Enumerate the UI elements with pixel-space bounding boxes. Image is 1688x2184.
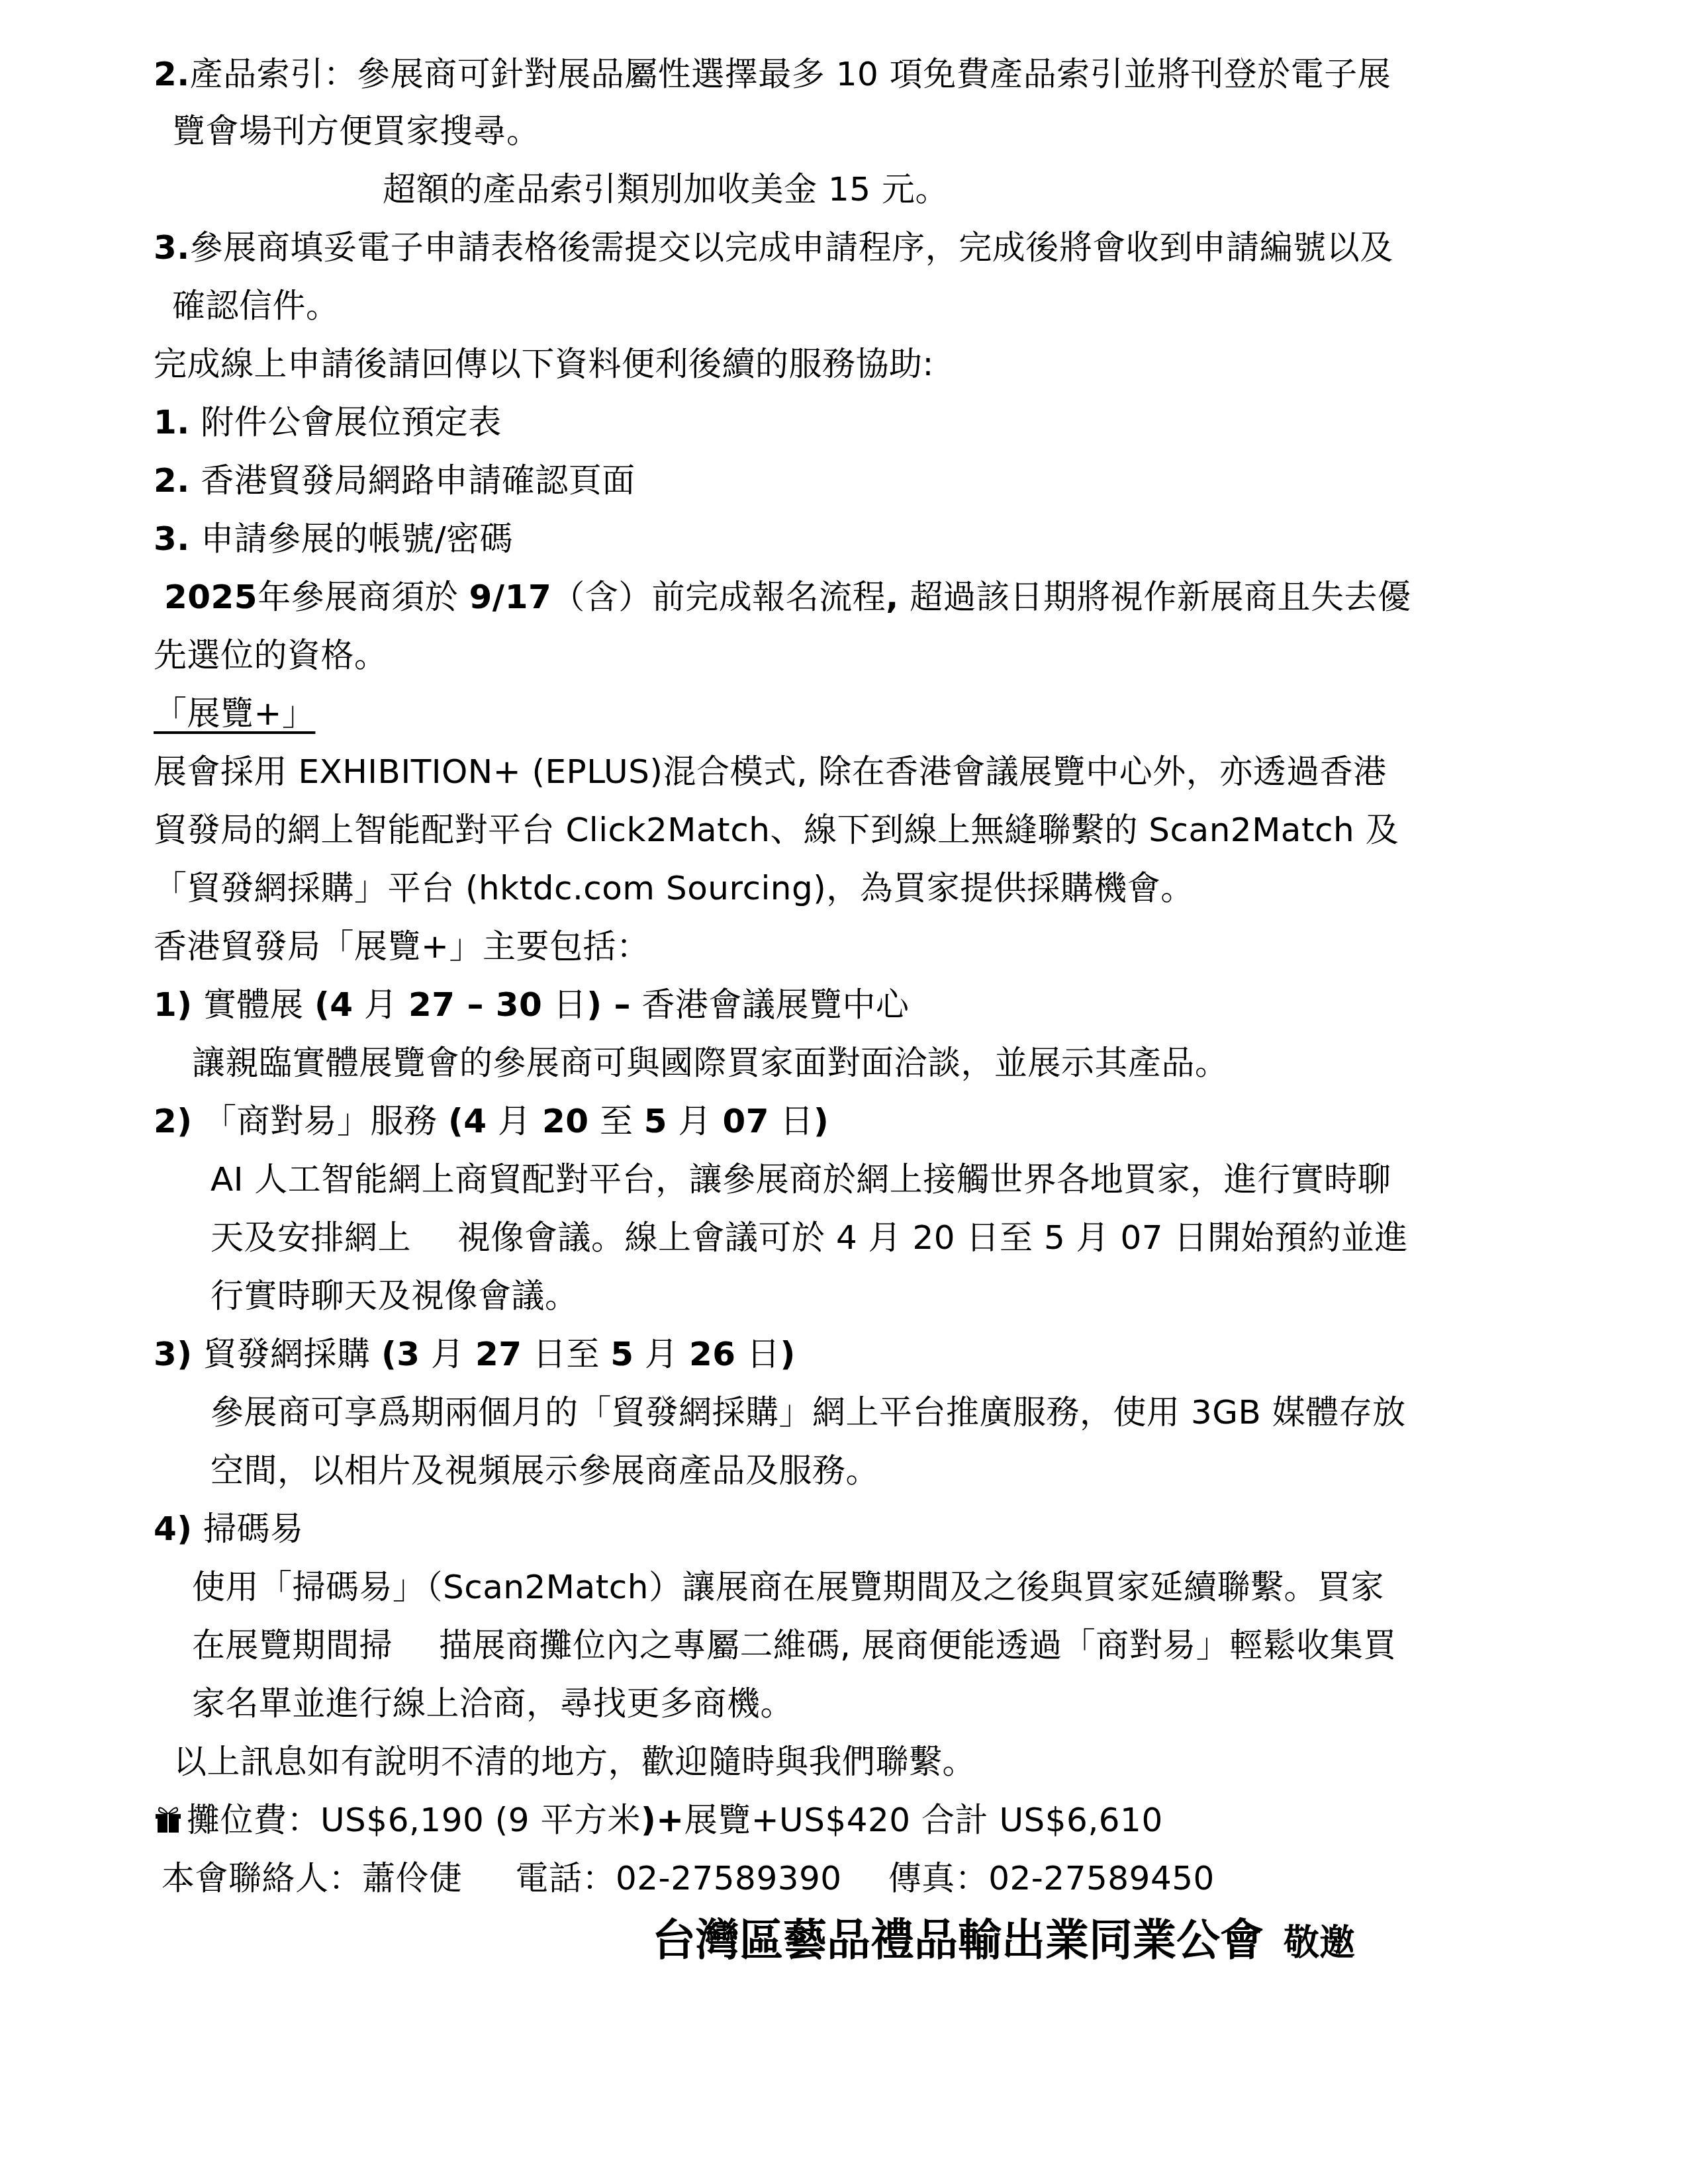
service-3-title: 3) 貿發網採購 (3 月 27 日至 5 月 26 日) (154, 1334, 796, 1374)
deadline-year: 2025 (164, 578, 258, 616)
deadline-date: 9/17 (469, 578, 552, 616)
contact-line: 本會聯絡人：蕭伶倢電話：02-27589390傳真：02-27589450 (162, 1858, 1215, 1898)
contact-person: 本會聯絡人：蕭伶倢 (162, 1859, 463, 1897)
gift-icon (154, 1803, 183, 1832)
eplus-heading: 「展覽+」 (154, 694, 315, 733)
contact-phone: 02-27589390 (616, 1859, 842, 1897)
service-3-desc-line2: 空間，以相片及視頻展示參展商產品及服務。 (211, 1451, 879, 1490)
signature-closing: 敬邀 (1284, 1922, 1355, 1964)
service-2-desc-line1: AI 人工智能網上商貿配對平台，讓參展商於網上接觸世界各地買家，進行實時聊 (211, 1160, 1391, 1199)
service-4-desc-line1: 使用「掃碼易」（Scan2Match）讓展商在展覽期間及之後與買家延續聯繫。買家 (192, 1567, 1384, 1607)
service-4-desc-line3: 家名單並進行線上洽商，尋找更多商機。 (192, 1684, 794, 1723)
item2-line3: 超額的產品索引類別加收美金 15 元。 (383, 169, 949, 209)
eplus-p1-line1: 展會採用 EXHIBITION+ (EPLUS)混合模式, 除在香港會議展覽中心… (154, 752, 1387, 792)
eplus-p1-line3: 「貿發網採購」平台 (hktdc.com Sourcing)，為買家提供採購機會… (154, 868, 1194, 908)
booth-fee: 攤位費：US$6,190 (9 平方米)+展覽+US$420 合計 US$6,6… (154, 1800, 1163, 1840)
signature-org: 台灣區藝品禮品輸出業同業公會 (652, 1915, 1264, 1966)
after-online-item-3: 3. 申請參展的帳號/密碼 (154, 519, 513, 559)
service-2-desc-line2: 天及安排網上視像會議。線上會議可於 4 月 20 日至 5 月 07 日開始預約… (211, 1218, 1408, 1257)
item3-line1: 3.參展商填妥電子申請表格後需提交以完成申請程序，完成後將會收到申請編號以及 (154, 228, 1393, 267)
service-2-desc-line3: 行實時聊天及視像會議。 (211, 1276, 579, 1316)
item3-num: 3. (154, 228, 190, 267)
fee-total: US$6,610 (999, 1801, 1162, 1839)
closing-note: 以上訊息如有說明不清的地方，歡迎隨時與我們聯繫。 (173, 1742, 976, 1782)
after-online-intro: 完成線上申請後請回傳以下資料便利後續的服務協助: (154, 344, 934, 384)
eplus-p1-line2: 貿發局的網上智能配對平台 Click2Match、線下到線上無縫聯繫的 Scan… (154, 810, 1399, 850)
service-1-title: 1) 實體展 (4 月 27 – 30 日) – 香港會議展覽中心 (154, 985, 910, 1024)
service-1-desc-line1: 讓親臨實體展覽會的參展商可與國際買家面對面洽談，並展示其產品。 (192, 1043, 1229, 1083)
deadline-line2: 先選位的資格。 (154, 635, 388, 675)
item2-line1: 2.產品索引：參展商可針對展品屬性選擇最多 10 項免費產品索引並將刊登於電子展 (154, 54, 1391, 94)
service-2-title: 2) 「商對易」服務 (4 月 20 至 5 月 07 日) (154, 1101, 829, 1141)
service-4-title: 4) 掃碼易 (154, 1509, 304, 1549)
item2-line2: 覽會場刊方便買家搜尋。 (172, 111, 540, 151)
after-online-item-1: 1. 附件公會展位預定表 (154, 402, 502, 442)
item2-num: 2. (154, 55, 190, 93)
item3-line2: 確認信件。 (172, 286, 340, 326)
contact-fax: 02-27589450 (988, 1859, 1215, 1897)
service-3-desc-line1: 參展商可享爲期兩個月的「貿發網採購」網上平台推廣服務，使用 3GB 媒體存放 (211, 1392, 1406, 1432)
service-4-desc-line2: 在展覽期間掃描展商攤位內之專屬二維碼, 展商便能透過「商對易」輕鬆收集買 (192, 1625, 1397, 1665)
eplus-includes: 香港貿發局「展覽+」主要包括： (154, 927, 649, 966)
signature: 台灣區藝品禮品輸出業同業公會敬邀 (652, 1914, 1355, 1970)
deadline-line1: 2025年參展商須於 9/17（含）前完成報名流程, 超過該日期將視作新展商且失… (164, 577, 1411, 617)
after-online-item-2: 2. 香港貿發局網路申請確認頁面 (154, 461, 635, 500)
